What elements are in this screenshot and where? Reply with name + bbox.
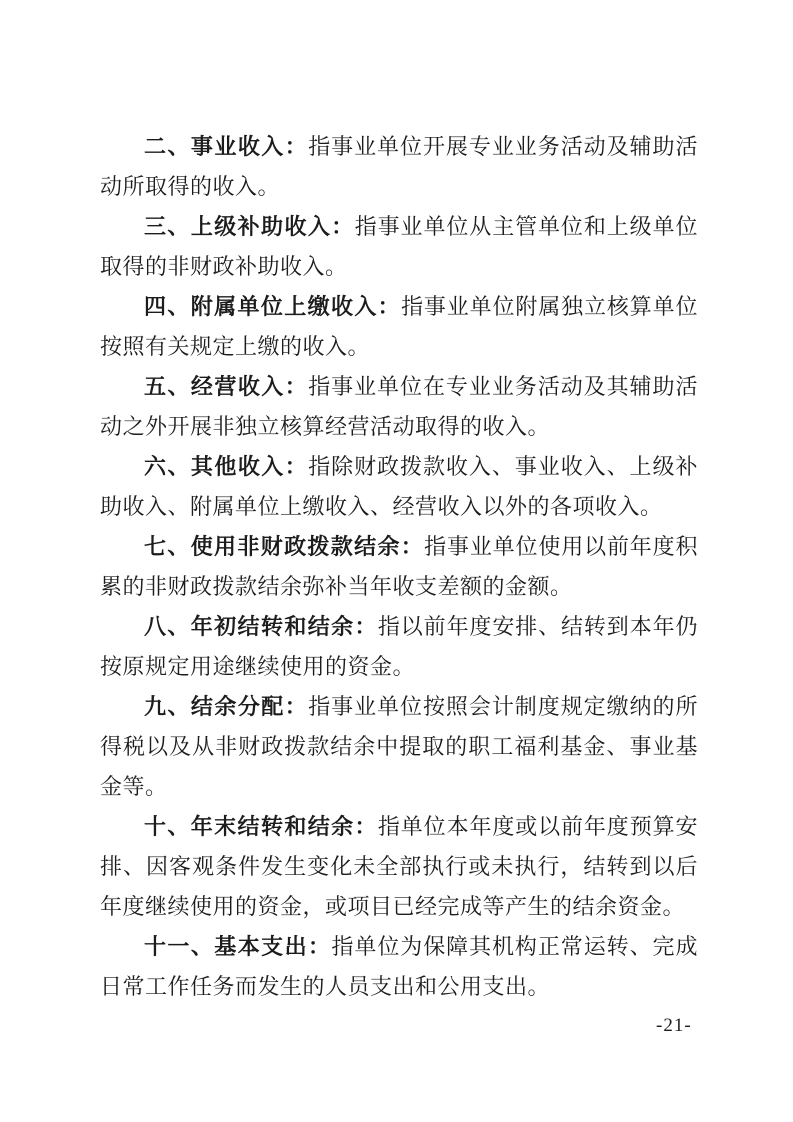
document-page: 二、事业收入：指事业单位开展专业业务活动及辅助活动所取得的收入。 三、上级补助收…: [0, 0, 793, 1122]
definition-paragraph: 七、使用非财政拨款结余：指事业单位使用以前年度积累的非财政拨款结余弥补当年收支差…: [100, 527, 698, 607]
definition-term: 七、使用非财政拨款结余：: [144, 534, 424, 559]
definition-paragraph: 五、经营收入：指事业单位在专业业务活动及其辅助活动之外开展非独立核算经营活动取得…: [100, 367, 698, 447]
definition-term: 八、年初结转和结余：: [144, 614, 378, 639]
definition-paragraph: 二、事业收入：指事业单位开展专业业务活动及辅助活动所取得的收入。: [100, 127, 698, 207]
definition-paragraph: 三、上级补助收入：指事业单位从主管单位和上级单位取得的非财政补助收入。: [100, 207, 698, 287]
definition-paragraph: 八、年初结转和结余：指以前年度安排、结转到本年仍按原规定用途继续使用的资金。: [100, 607, 698, 687]
page-number: -21-: [656, 1012, 692, 1040]
definition-term: 六、其他收入：: [144, 454, 308, 479]
definition-term: 十一、基本支出：: [144, 934, 331, 959]
definitions-list: 二、事业收入：指事业单位开展专业业务活动及辅助活动所取得的收入。 三、上级补助收…: [100, 127, 698, 1007]
definition-paragraph: 六、其他收入：指除财政拨款收入、事业收入、上级补助收入、附属单位上缴收入、经营收…: [100, 447, 698, 527]
definition-paragraph: 四、附属单位上缴收入：指事业单位附属独立核算单位按照有关规定上缴的收入。: [100, 287, 698, 367]
definition-term: 二、事业收入：: [144, 134, 308, 159]
definition-term: 十、年末结转和结余：: [144, 814, 378, 839]
definition-term: 五、经营收入：: [144, 374, 308, 399]
definition-term: 四、附属单位上缴收入：: [144, 294, 401, 319]
definition-paragraph: 十、年末结转和结余：指单位本年度或以前年度预算安排、因客观条件发生变化未全部执行…: [100, 807, 698, 927]
definition-paragraph: 十一、基本支出：指单位为保障其机构正常运转、完成日常工作任务而发生的人员支出和公…: [100, 927, 698, 1007]
definition-paragraph: 九、结余分配：指事业单位按照会计制度规定缴纳的所得税以及从非财政拨款结余中提取的…: [100, 687, 698, 807]
definition-term: 九、结余分配：: [144, 694, 308, 719]
definition-term: 三、上级补助收入：: [144, 214, 355, 239]
